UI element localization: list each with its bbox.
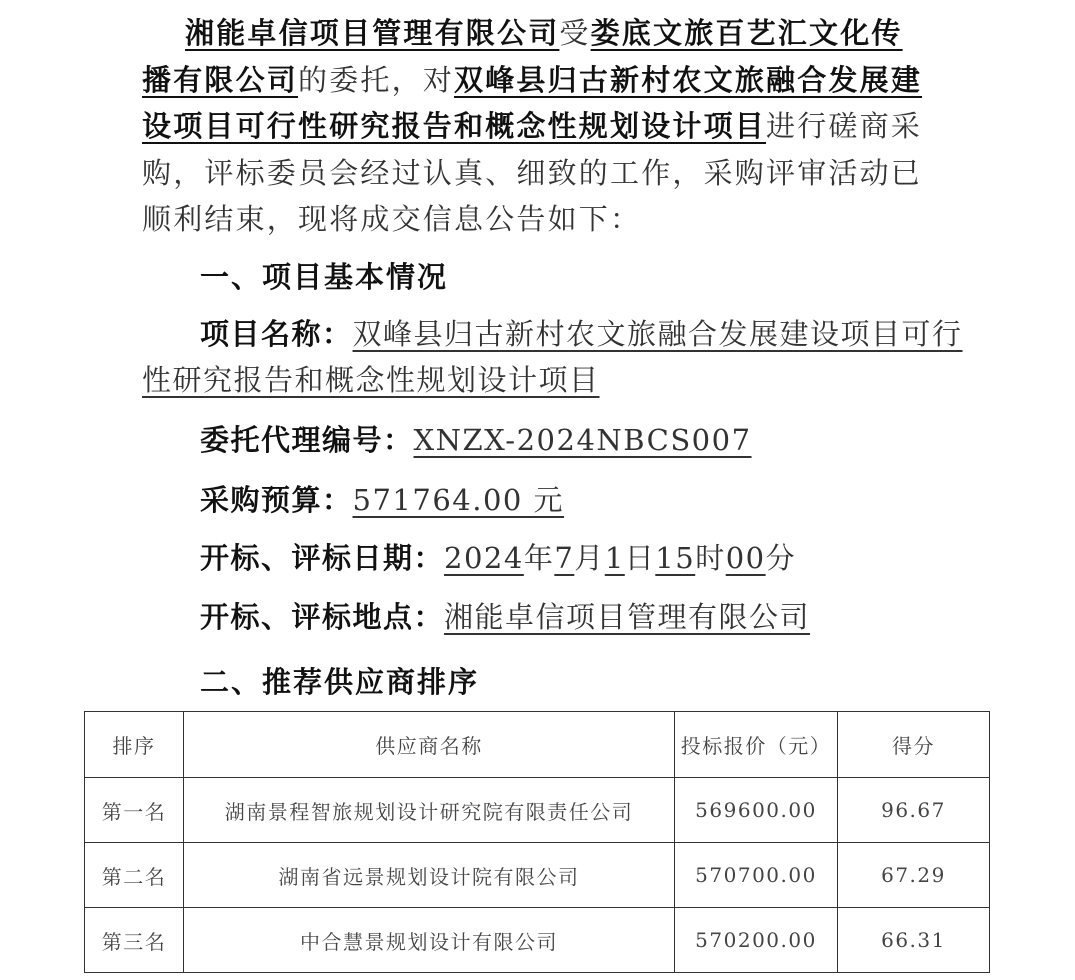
col-header-score: 得分 xyxy=(838,712,990,778)
cell-score: 96.67 xyxy=(838,778,990,843)
cell-rank: 第二名 xyxy=(85,843,184,908)
col-header-rank: 排序 xyxy=(85,712,184,778)
place-label: 开标、评标地点： xyxy=(200,600,444,634)
section2-heading: 二、推荐供应商排序 xyxy=(200,660,479,701)
col-header-bid: 投标报价（元） xyxy=(675,712,838,778)
budget-value: 571764.00 元 xyxy=(353,483,565,517)
cell-bid: 570200.00 xyxy=(675,908,838,973)
cell-bid: 569600.00 xyxy=(675,778,838,843)
date-label: 开标、评标日期： xyxy=(200,541,444,575)
supplier-ranking-table: 排序 供应商名称 投标报价（元） 得分 第一名 湖南景程智旅规划设计研究院有限责… xyxy=(84,711,990,973)
table-header-row: 排序 供应商名称 投标报价（元） 得分 xyxy=(85,712,990,778)
section1-heading: 一、项目基本情况 xyxy=(200,255,448,296)
table-row: 第二名 湖南省远景规划设计院有限公司 570700.00 67.29 xyxy=(85,843,990,908)
intro-paragraph: 湘能卓信项目管理有限公司受娄底文旅百艺汇文化传播有限公司的委托，对双峰县归古新村… xyxy=(142,10,927,243)
table-row: 第三名 中合慧景规划设计有限公司 570200.00 66.31 xyxy=(85,908,990,973)
project-name-value-cont: 性研究报告和概念性规划设计项目 xyxy=(142,363,600,397)
table-row: 第一名 湖南景程智旅规划设计研究院有限责任公司 569600.00 96.67 xyxy=(85,778,990,843)
cell-rank: 第三名 xyxy=(85,908,184,973)
intro-text: 受 xyxy=(559,16,590,50)
date-minute: 00 xyxy=(726,541,766,575)
date-unit: 年 xyxy=(524,541,555,575)
date-day: 1 xyxy=(605,541,625,575)
project-name-label: 项目名称： xyxy=(200,317,353,351)
budget-row: 采购预算：571764.00 元 xyxy=(200,480,564,520)
project-name-row: 项目名称：双峰县归古新村农文旅融合发展建设项目可行 xyxy=(200,314,963,354)
date-unit: 月 xyxy=(574,541,605,575)
intro-text: 的委托，对 xyxy=(298,63,454,97)
col-header-supplier: 供应商名称 xyxy=(184,712,675,778)
agency-no-row: 委托代理编号：XNZX-2024NBCS007 xyxy=(200,420,752,460)
date-year: 2024 xyxy=(444,541,524,575)
date-hour: 15 xyxy=(655,541,695,575)
date-unit: 分 xyxy=(766,541,797,575)
place-value: 湘能卓信项目管理有限公司 xyxy=(444,600,810,634)
budget-label: 采购预算： xyxy=(200,483,353,517)
project-name-value: 双峰县归古新村农文旅融合发展建设项目可行 xyxy=(353,317,963,351)
project-name-row-cont: 性研究报告和概念性规划设计项目 xyxy=(142,360,600,400)
agency-name: 湘能卓信项目管理有限公司 xyxy=(185,16,559,50)
cell-bid: 570700.00 xyxy=(675,843,838,908)
agency-no-value: XNZX-2024NBCS007 xyxy=(414,423,752,457)
cell-supplier: 中合慧景规划设计有限公司 xyxy=(184,908,675,973)
date-unit: 日 xyxy=(625,541,656,575)
cell-supplier: 湖南景程智旅规划设计研究院有限责任公司 xyxy=(184,778,675,843)
cell-rank: 第一名 xyxy=(85,778,184,843)
agency-no-label: 委托代理编号： xyxy=(200,423,414,457)
date-row: 开标、评标日期：2024年7月1日15时00分 xyxy=(200,538,796,578)
date-unit: 时 xyxy=(695,541,726,575)
cell-score: 66.31 xyxy=(838,908,990,973)
cell-supplier: 湖南省远景规划设计院有限公司 xyxy=(184,843,675,908)
date-month: 7 xyxy=(554,541,574,575)
cell-score: 67.29 xyxy=(838,843,990,908)
place-row: 开标、评标地点：湘能卓信项目管理有限公司 xyxy=(200,597,810,637)
